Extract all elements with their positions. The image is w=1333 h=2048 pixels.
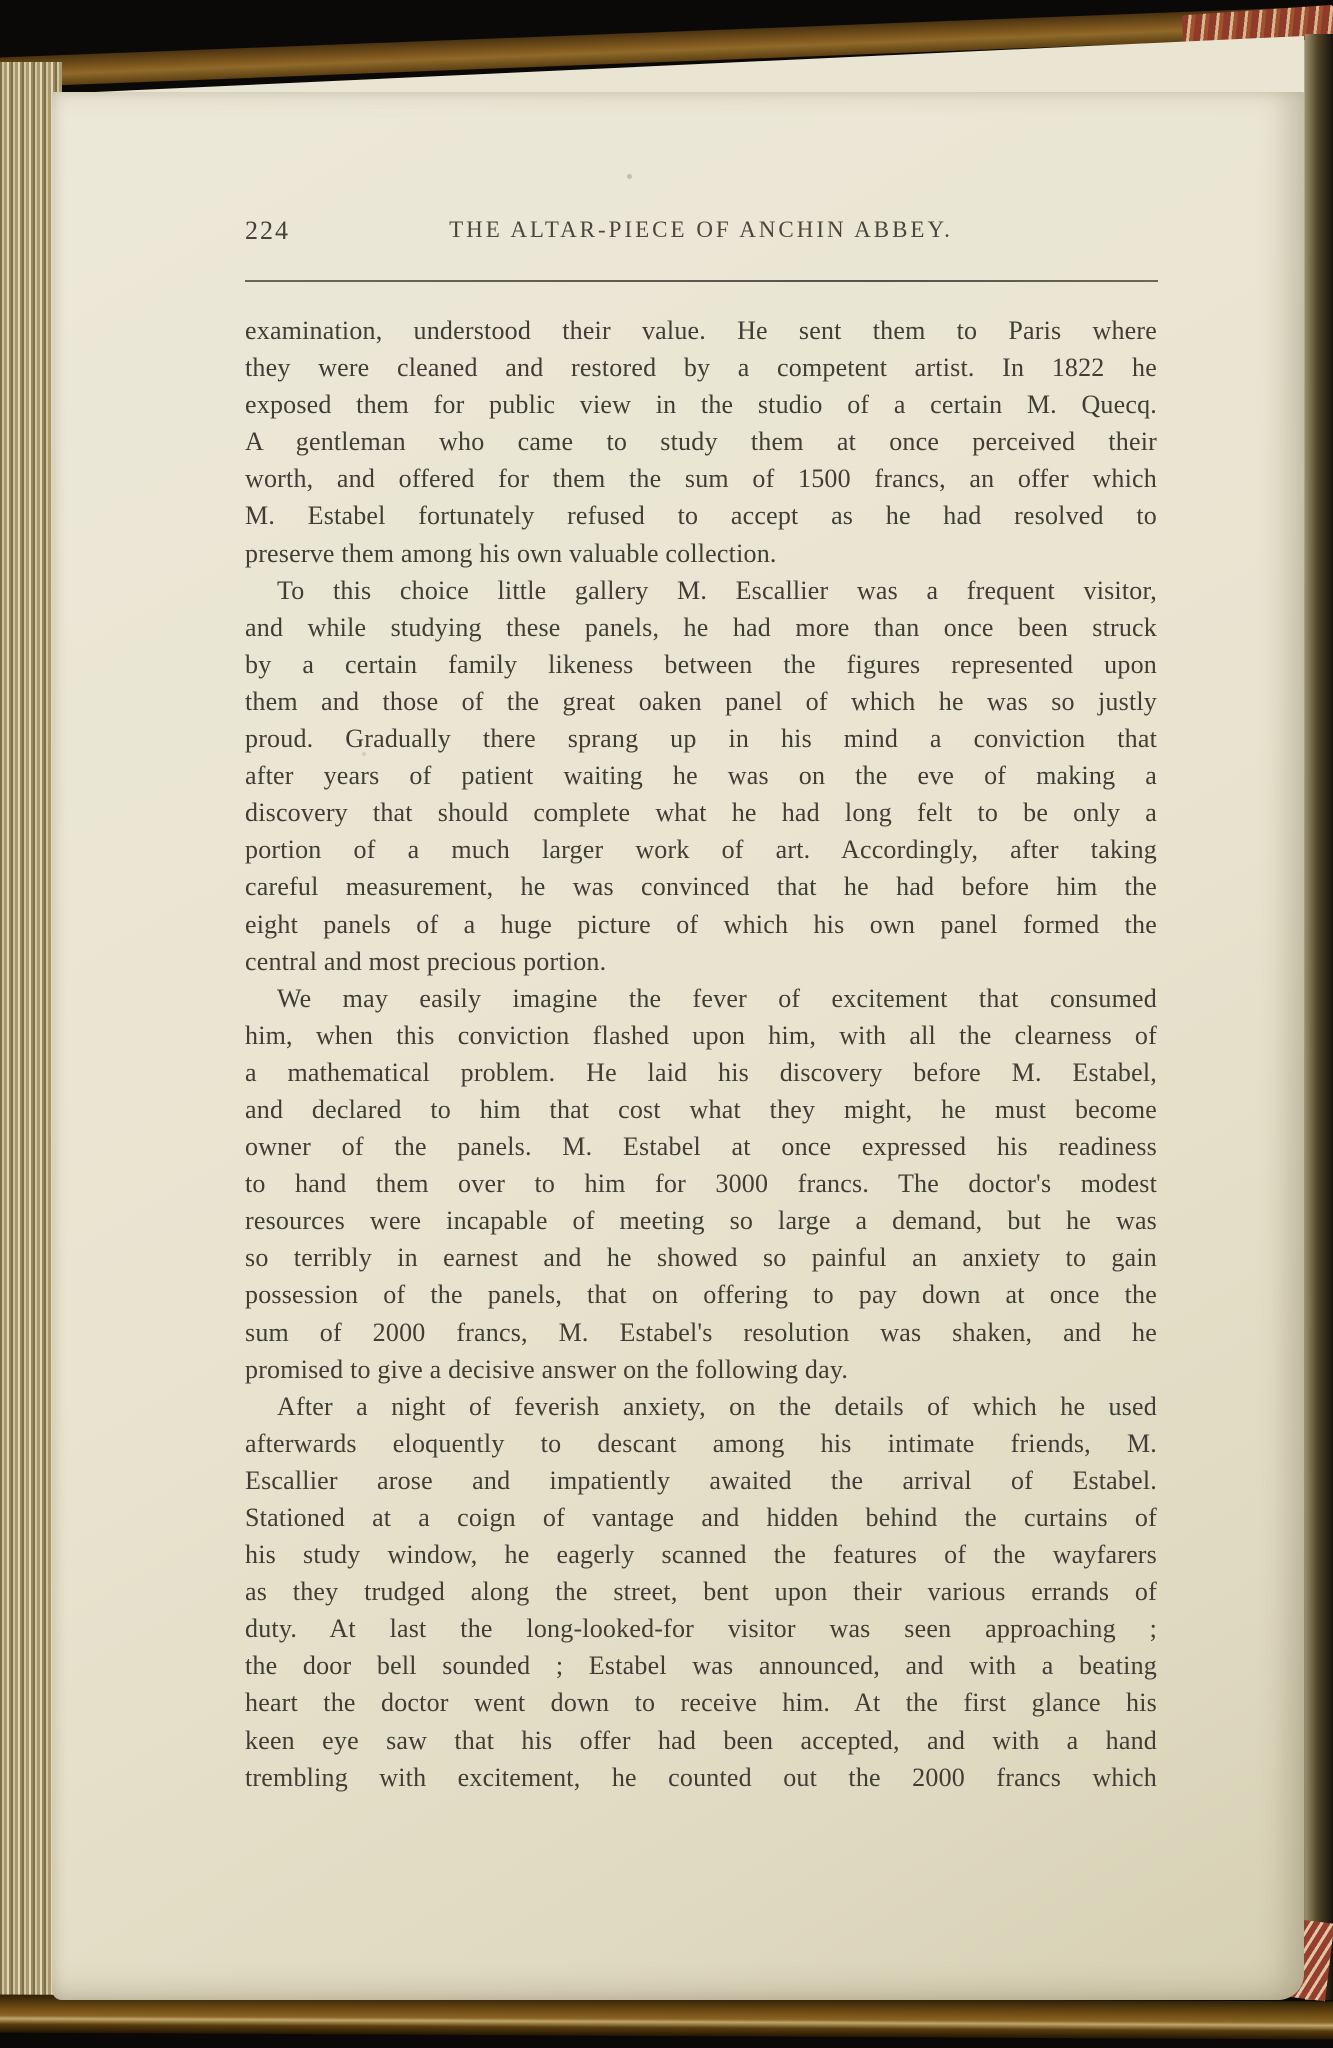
header-rule: [245, 280, 1158, 282]
text-line: eight panels of a huge picture of which …: [245, 906, 1157, 943]
text-line: examination, understood their value. He …: [245, 312, 1157, 349]
book-cover-bottom-edge: [0, 1994, 1333, 2039]
text-line: his study window, he eagerly scanned the…: [245, 1536, 1157, 1573]
text-line: so terribly in earnest and he showed so …: [245, 1239, 1157, 1276]
page-header: 224 THE ALTAR-PIECE OF ANCHIN ABBEY.: [245, 214, 1157, 248]
text-line: duty. At last the long-looked-for visito…: [245, 1610, 1157, 1647]
text-line: after years of patient waiting he was on…: [245, 757, 1157, 794]
text-line: heart the doctor went down to receive hi…: [245, 1684, 1157, 1721]
text-line: A gentleman who came to study them at on…: [245, 423, 1157, 460]
text-line: owner of the panels. M. Estabel at once …: [245, 1128, 1157, 1165]
text-line: central and most precious portion.: [245, 943, 1157, 980]
text-line: the door bell sounded ; Estabel was anno…: [245, 1647, 1157, 1684]
text-line: possession of the panels, that on offeri…: [245, 1276, 1157, 1313]
text-line: they were cleaned and restored by a comp…: [245, 349, 1157, 386]
text-line: careful measurement, he was convinced th…: [245, 868, 1157, 905]
text-line: After a night of feverish anxiety, on th…: [245, 1388, 1157, 1425]
book-page: 224 THE ALTAR-PIECE OF ANCHIN ABBEY. exa…: [52, 92, 1304, 2000]
body-text: examination, understood their value. He …: [245, 312, 1157, 1796]
text-line: We may easily imagine the fever of excit…: [245, 980, 1157, 1017]
text-line: discovery that should complete what he h…: [245, 794, 1157, 831]
text-line: by a certain family likeness between the…: [245, 646, 1157, 683]
text-line: sum of 2000 francs, M. Estabel's resolut…: [245, 1314, 1157, 1351]
text-line: portion of a much larger work of art. Ac…: [245, 831, 1157, 868]
text-line: preserve them among his own valuable col…: [245, 535, 1157, 572]
text-line: afterwards eloquently to descant among h…: [245, 1425, 1157, 1462]
text-line: trembling with excitement, he counted ou…: [245, 1759, 1157, 1796]
text-line: exposed them for public view in the stud…: [245, 386, 1157, 423]
running-title: THE ALTAR-PIECE OF ANCHIN ABBEY.: [245, 217, 1157, 243]
text-line: proud. Gradually there sprang up in his …: [245, 720, 1157, 757]
text-line: M. Estabel fortunately refused to accept…: [245, 497, 1157, 534]
text-line: Escallier arose and impatiently awaited …: [245, 1462, 1157, 1499]
text-line: them and those of the great oaken panel …: [245, 683, 1157, 720]
book-photograph: 224 THE ALTAR-PIECE OF ANCHIN ABBEY. exa…: [0, 0, 1333, 2048]
text-line: Stationed at a coign of vantage and hidd…: [245, 1499, 1157, 1536]
text-line: and while studying these panels, he had …: [245, 609, 1157, 646]
text-line: keen eye saw that his offer had been acc…: [245, 1722, 1157, 1759]
text-line: resources were incapable of meeting so l…: [245, 1202, 1157, 1239]
gutter-shadow: [1305, 34, 1333, 2000]
foxing-spot: [627, 174, 632, 179]
text-line: and declared to him that cost what they …: [245, 1091, 1157, 1128]
text-line: To this choice little gallery M. Escalli…: [245, 572, 1157, 609]
text-line: to hand them over to him for 3000 francs…: [245, 1165, 1157, 1202]
text-line: him, when this conviction flashed upon h…: [245, 1017, 1157, 1054]
text-line: promised to give a decisive answer on th…: [245, 1351, 1157, 1388]
text-line: as they trudged along the street, bent u…: [245, 1573, 1157, 1610]
text-line: worth, and offered for them the sum of 1…: [245, 460, 1157, 497]
text-line: a mathematical problem. He laid his disc…: [245, 1054, 1157, 1091]
